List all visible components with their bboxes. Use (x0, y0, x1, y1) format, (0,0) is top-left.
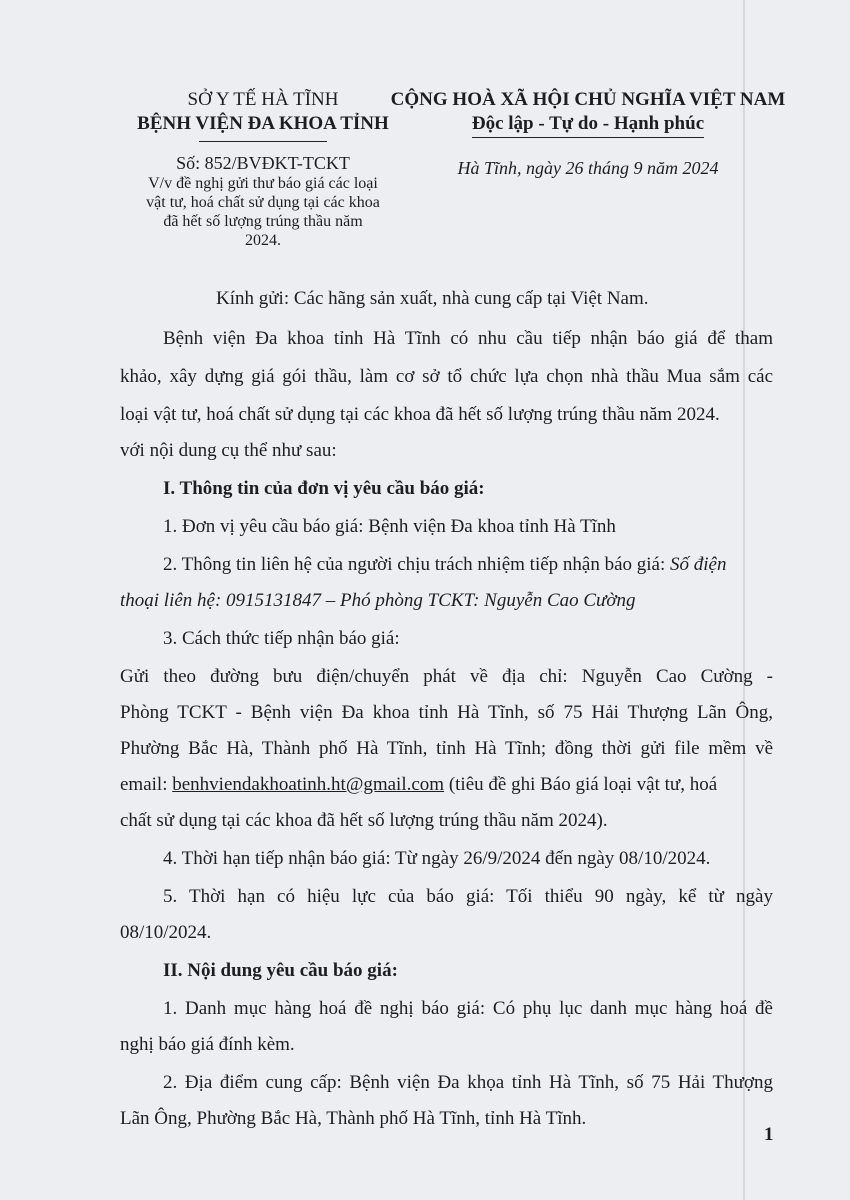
intro-line: với nội dung cụ thể như sau: (120, 438, 337, 464)
hospital-name: BỆNH VIỆN ĐA KHOA TỈNH (128, 112, 398, 136)
section2-item1-cont: nghị báo giá đính kèm. (120, 1032, 295, 1058)
item2-text: 2. Thông tin liên hệ của người chịu trác… (163, 554, 670, 575)
intro-line: loại vật tư, hoá chất sử dụng tại các kh… (120, 402, 720, 428)
email-link[interactable]: benhviendakhoatinh.ht@gmail.com (172, 774, 444, 795)
section1-item2: 2. Thông tin liên hệ của người chịu trác… (163, 552, 726, 578)
section1-item5-date: 08/10/2024. (120, 920, 211, 946)
address-line: Phòng TCKT - Bệnh viện Đa khoa tỉnh Hà T… (120, 700, 773, 726)
header-left: SỞ Y TẾ HÀ TĨNH BỆNH VIỆN ĐA KHOA TỈNH S… (128, 88, 398, 250)
section2-title: II. Nội dung yêu cầu báo giá: (163, 958, 398, 984)
subject-line: vật tư, hoá chất sử dụng tại các khoa (128, 193, 398, 212)
email-suffix: (tiêu đề ghi Báo giá loại vật tư, hoá (444, 774, 717, 795)
place-date: Hà Tĩnh, ngày 26 tháng 9 năm 2024 (378, 156, 798, 180)
section1-item1: 1. Đơn vị yêu cầu báo giá: Bệnh viện Đa … (163, 514, 616, 540)
page-number: 1 (764, 1124, 774, 1146)
subject-line: 2024. (128, 231, 398, 250)
section1-item5: 5. Thời hạn có hiệu lực của báo giá: Tối… (163, 884, 773, 910)
address-line: Gửi theo đường bưu điện/chuyển phát về đ… (120, 664, 773, 690)
salutation: Kính gửi: Các hãng sản xuất, nhà cung cấ… (216, 286, 649, 312)
subject-line: đã hết số lượng trúng thầu năm (128, 212, 398, 231)
doc-number: Số: 852/BVĐKT-TCKT (128, 152, 398, 174)
section1-item4: 4. Thời hạn tiếp nhận báo giá: Từ ngày 2… (163, 846, 710, 872)
document-page: SỞ Y TẾ HÀ TĨNH BỆNH VIỆN ĐA KHOA TỈNH S… (0, 0, 850, 1200)
section1-item2-contact: thoại liên hệ: 0915131847 – Phó phòng TC… (120, 588, 636, 614)
section2-item1: 1. Danh mục hàng hoá đề nghị báo giá: Có… (163, 996, 773, 1022)
agency-name: SỞ Y TẾ HÀ TĨNH (128, 88, 398, 112)
email-line: email: benhviendakhoatinh.ht@gmail.com (… (120, 772, 717, 798)
header-right: CỘNG HOÀ XÃ HỘI CHỦ NGHĨA VIỆT NAM Độc l… (378, 88, 798, 180)
country-name: CỘNG HOÀ XÃ HỘI CHỦ NGHĨA VIỆT NAM (378, 88, 798, 112)
section2-item2: 2. Địa điểm cung cấp: Bệnh viện Đa khọa … (163, 1070, 773, 1096)
section2-item2-cont: Lãn Ông, Phường Bắc Hà, Thành phố Hà Tĩn… (120, 1106, 586, 1132)
section1-title: I. Thông tin của đơn vị yêu cầu báo giá: (163, 476, 485, 502)
item2-phone-label: Số điện (670, 554, 726, 575)
intro-line: khảo, xây dựng giá gói thầu, làm cơ sở t… (120, 364, 773, 390)
intro-line: Bệnh viện Đa khoa tỉnh Hà Tĩnh có nhu cầ… (163, 326, 773, 352)
header-left-rule (199, 141, 327, 142)
national-motto: Độc lập - Tự do - Hạnh phúc (472, 112, 704, 138)
section1-item3: 3. Cách thức tiếp nhận báo giá: (163, 626, 400, 652)
subject-line: V/v đề nghị gửi thư báo giá các loại (128, 174, 398, 193)
address-line: Phường Bắc Hà, Thành phố Hà Tĩnh, tỉnh H… (120, 736, 773, 762)
address-line: chất sử dụng tại các khoa đã hết số lượn… (120, 808, 608, 834)
email-prefix: email: (120, 774, 172, 795)
